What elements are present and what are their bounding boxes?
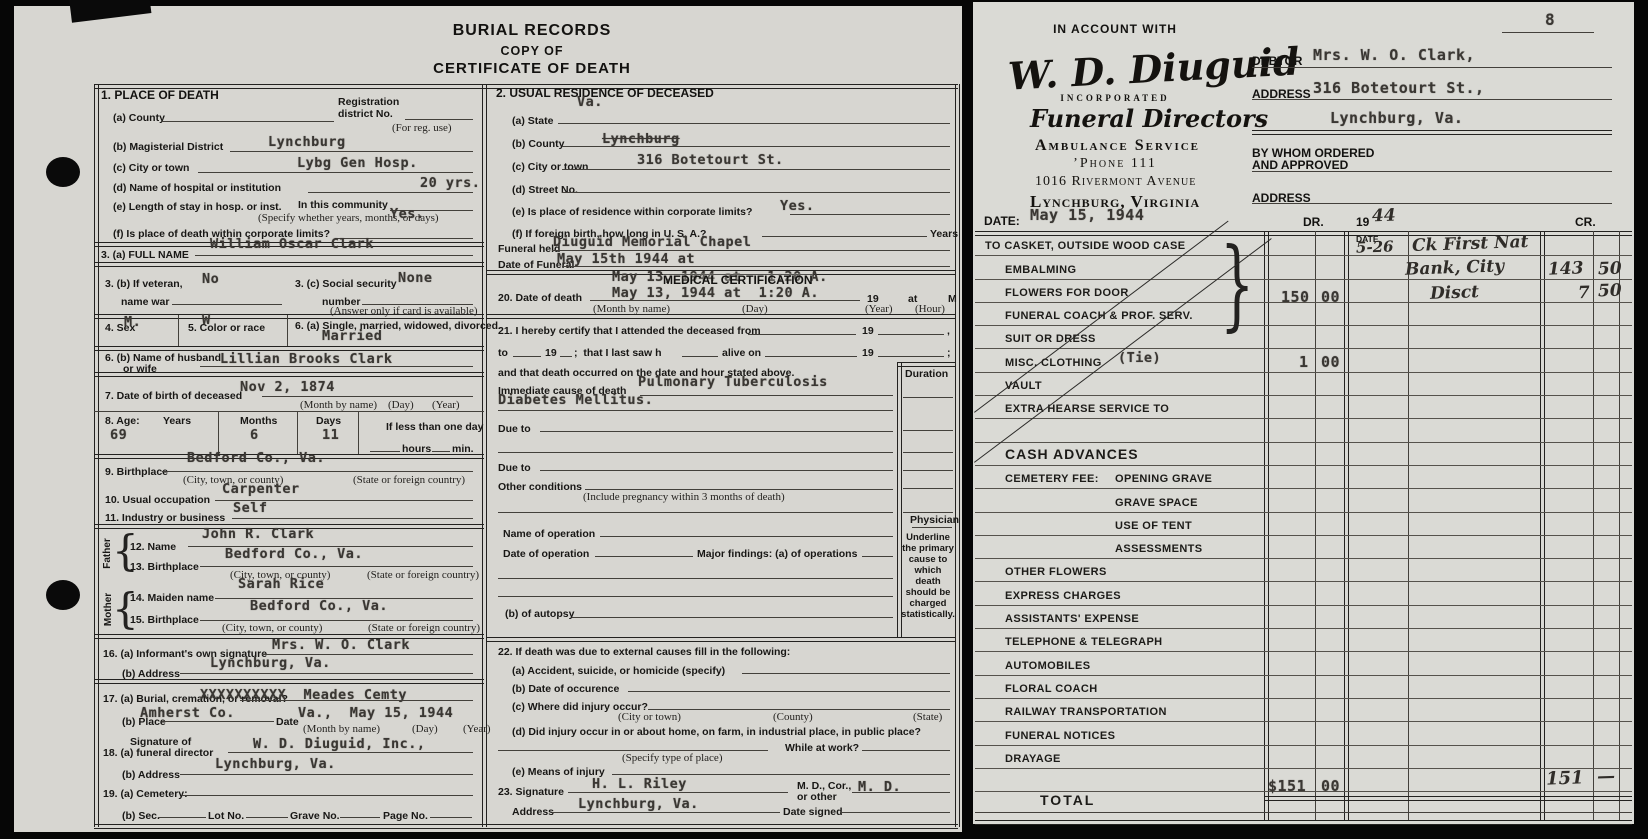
operation-date-label: Date of operation (503, 548, 589, 560)
s1c-label: (c) City or town (113, 162, 189, 174)
s1e-stay-value: 20 yrs. (420, 175, 480, 191)
rule (628, 691, 950, 692)
ledger-item-label: MISC. CLOTHING (1005, 357, 1102, 369)
birthplace-label: 9. Birthplace (105, 466, 168, 478)
due-to-label1: Due to (498, 423, 531, 435)
age-months-value: 6 (250, 427, 259, 443)
mother-birthplace-value: Bedford Co., Va. (250, 598, 388, 614)
rule (405, 119, 473, 120)
residence-city-value: 316 Botetourt St. (637, 152, 784, 168)
birth-date-cap2: (Day) (388, 399, 414, 411)
rule (912, 527, 952, 528)
veteran-war-label: name war (121, 296, 169, 308)
ledger-item-row: TO CASKET, OUTSIDE WOOD CASE (975, 233, 1632, 256)
ledger-item-row: FUNERAL NOTICES (975, 722, 1632, 745)
dr-flowers-cents: 00 (1321, 288, 1340, 306)
residence-corp-label: (e) Is place of residence within corpora… (512, 206, 752, 218)
rule (1502, 32, 1594, 33)
cr-amount2-cents: 50 (1598, 281, 1622, 302)
director-value: W. D. Diuguid, Inc., (253, 736, 426, 752)
burial-place-label: (b) Place (122, 716, 166, 728)
rule (648, 709, 950, 710)
father-birthplace-value: Bedford Co., Va. (225, 546, 363, 562)
ledger-item-row: TELEPHONE & TELEGRAPH (975, 629, 1632, 652)
doc-title-line2: COPY OF (332, 44, 732, 58)
rule (297, 412, 298, 454)
dr-flowers-dollars: 150 (1281, 288, 1310, 306)
rule (1252, 99, 1612, 100)
rule (1252, 67, 1612, 68)
rule (232, 518, 473, 519)
father-cap2: (State or foreign country) (367, 569, 479, 581)
s1e-label2: In this community (298, 199, 388, 211)
street-address-label: 1016 Rivermont Avenue (1035, 174, 1195, 190)
ledger-item-label: TELEPHONE & TELEGRAPH (1005, 636, 1163, 648)
rule (262, 396, 473, 397)
year-19-label: 19 (1356, 215, 1369, 229)
certify-saw-label: ; that I last saw h (574, 347, 662, 359)
race-value: W (202, 312, 211, 328)
burial-cap3: (Year) (463, 723, 491, 735)
ledger-item-row: ASSESSMENTS (975, 536, 1632, 559)
cemetery-grave-label: Grave No. (290, 810, 340, 822)
physician-note: Underline the primary cause to which dea… (901, 532, 955, 620)
cr-entry-date: 5-26 (1356, 237, 1394, 256)
signature-value: H. L. Riley (592, 776, 687, 792)
ledger-item-sublabel: USE OF TENT (1115, 520, 1192, 532)
ledger-item-label: AUTOMOBILES (1005, 660, 1090, 672)
burial-cap2: (Day) (412, 723, 438, 735)
s1e-community-value: Yes. (390, 206, 425, 222)
birth-date-cap3: (Year) (432, 399, 460, 411)
due-to-label2: Due to (498, 462, 531, 474)
ledger-item-row: USE OF TENT (975, 513, 1632, 536)
sex-value: M. (124, 314, 141, 330)
age-days-label: Days (316, 415, 341, 427)
grouping-brace: } (1220, 228, 1254, 342)
father-birthplace-label: 13. Birthplace (130, 561, 199, 573)
funeral-held-label: Funeral held (498, 243, 560, 255)
age-label: 8. Age: (105, 415, 140, 427)
rule (562, 192, 950, 193)
rule (572, 617, 893, 618)
rule (370, 451, 400, 452)
ledger-item-row: EXPRESS CHARGES (975, 582, 1632, 605)
certify-alive-19: 19 (862, 347, 874, 359)
operation-name-label: Name of operation (503, 528, 595, 540)
burial-cap1: (Month by name) (303, 723, 380, 735)
residence-city-label: (c) City or town (512, 161, 588, 173)
cemetery-lot-label: Lot No. (208, 810, 244, 822)
ledger-item-row: RAILWAY TRANSPORTATION (975, 699, 1632, 722)
occurrence-date-label: (b) Date of occurence (512, 683, 619, 695)
s2-heading: 2. USUAL RESIDENCE OF DECEASED (496, 86, 714, 100)
ledger-item-label: FLORAL COACH (1005, 683, 1098, 695)
dr-total-dollars: $151 (1268, 777, 1306, 795)
rule (308, 192, 473, 193)
certify-line1-comma: , (947, 325, 950, 337)
rule (218, 412, 219, 454)
ledger-item-row: GRAVE SPACE (975, 489, 1632, 512)
rule (562, 169, 950, 170)
scanned-burial-record: BURIAL RECORDS COPY OF CERTIFICATE OF DE… (0, 0, 1648, 839)
rule (198, 172, 473, 173)
s1b-value: Lynchburg (268, 134, 346, 150)
age-years-label: Years (163, 415, 191, 427)
cr-amount1-dollars: 143 (1548, 258, 1584, 279)
age-days-value: 11 (322, 427, 339, 443)
ledger-item-row: EXTRA HEARSE SERVICE TO (975, 396, 1632, 419)
ledger-item-row: DRAYAGE (975, 746, 1632, 769)
rule (903, 512, 953, 513)
cr-total-dash: — (1597, 766, 1616, 788)
marital-value: Married (322, 328, 382, 344)
father-name-value: John R. Clark (202, 526, 314, 542)
rule (94, 824, 958, 829)
punch-hole (46, 580, 80, 610)
debtor-address-value2: Lynchburg, Va. (1330, 109, 1463, 127)
immediate-cause-value2: Diabetes Mellitus. (498, 392, 653, 408)
ledger-item-label: EXPRESS CHARGES (1005, 590, 1121, 602)
mother-cap1: (City, town, or county) (222, 622, 322, 634)
ledger-date-label: DATE: (984, 214, 1020, 228)
certify-line1: 21. I hereby certify that I attended the… (498, 325, 761, 337)
industry-label: 11. Industry or business (105, 512, 225, 524)
funeral-held-value: Diuguid Memorial Chapel (553, 234, 751, 250)
rule (765, 356, 857, 357)
rule (560, 356, 572, 357)
ledger-item-row: VAULT (975, 373, 1632, 396)
ledger-item-row: AUTOMOBILES (975, 652, 1632, 675)
rule (162, 121, 334, 122)
injury-cap2: (County) (773, 711, 813, 723)
ledger-item-row: CASH ADVANCES (975, 443, 1632, 466)
ambulance-service-label: Ambulance Service (1035, 137, 1195, 155)
ledger-item-row: OTHER FLOWERS (975, 559, 1632, 582)
rule (790, 214, 950, 215)
immediate-cause-value: Pulmonary Tuberculosis (638, 374, 828, 390)
race-label: 5. Color or race (188, 322, 265, 334)
rule (498, 578, 893, 579)
rule (682, 356, 718, 357)
year-44-handwritten: 44 (1372, 206, 1396, 227)
misc-clothing-note: (Tie) (1118, 350, 1161, 366)
informant-value: Mrs. W. O. Clark (272, 637, 410, 653)
rule (195, 255, 473, 256)
page-number: 8 (1545, 10, 1555, 29)
rule (552, 812, 780, 813)
rule (585, 489, 893, 490)
director-label2: 18. (a) funeral director (103, 747, 213, 759)
s1b-label: (b) Magisterial District (113, 141, 223, 153)
age-lessday-label: If less than one day (386, 421, 483, 433)
rule (897, 362, 955, 367)
cemetery-sec-label: (b) Sec. (122, 810, 160, 822)
industry-value: Self (233, 500, 268, 516)
rule (182, 795, 473, 796)
age-years-value: 69 (110, 427, 127, 443)
rule (862, 556, 893, 557)
rule (975, 812, 1632, 813)
age-months-label: Months (240, 415, 277, 427)
signature-address-label: Address (512, 806, 554, 818)
cr-total-dollars: 151 (1546, 767, 1584, 789)
rule (568, 792, 788, 793)
ledger-item-label: SUIT OR DRESS (1005, 333, 1096, 345)
certify-line1-19: 19 (862, 325, 874, 337)
rule (94, 314, 484, 319)
accident-label: (a) Accident, suicide, or homicide (spec… (512, 665, 725, 677)
other-conditions-note: (Include pregnancy within 3 months of de… (583, 491, 785, 503)
duration-label: Duration (905, 368, 948, 380)
phone-label: ’Phone 111 (1035, 156, 1195, 172)
rule (612, 774, 950, 775)
rule (158, 817, 206, 818)
birthplace-cap2: (State or foreign country) (353, 474, 465, 486)
major-findings-label: Major findings: (a) of operations (697, 548, 857, 560)
ledger-item-label: EMBALMING (1005, 264, 1076, 276)
cemetery-label: 19. (a) Cemetery: (103, 788, 188, 800)
injury-cap3: (State) (913, 711, 942, 723)
death-date-value: May 13, 1944 at 1:20 A. (612, 285, 819, 301)
rule (180, 673, 473, 674)
father-name-label: 12. Name (130, 541, 176, 553)
informant-address-value: Lynchburg, Va. (210, 655, 331, 671)
ledger-item-label: OTHER FLOWERS (1005, 566, 1107, 578)
residence-state-label: (a) State (512, 115, 553, 127)
injury-cap1: (City or town) (618, 711, 681, 723)
rule (162, 721, 274, 722)
cr-entry-line2: Bank, City (1405, 256, 1505, 279)
residence-street-label: (d) Street No. (512, 184, 578, 196)
ledger-item-label: VAULT (1005, 380, 1042, 392)
rule (903, 397, 953, 398)
punch-hole (46, 157, 80, 187)
ledger-item-sublabel: OPENING GRAVE (1115, 473, 1212, 485)
funeral-directors-label: Funeral Directors (1030, 104, 1200, 133)
rule (903, 430, 953, 431)
rule (230, 151, 473, 152)
rule (748, 334, 856, 335)
rule (287, 315, 288, 346)
ssn-label: 3. (c) Social security (295, 278, 397, 290)
funeral-date-value: May 15th 1944 at (557, 251, 695, 267)
mother-birthplace-label: 15. Birthplace (130, 614, 199, 626)
rule (903, 452, 953, 453)
rule (903, 488, 953, 489)
cr-amount2-dollars: 7 (1578, 283, 1591, 303)
by-whom-ordered-label2: AND APPROVED (1252, 158, 1348, 172)
rule (162, 471, 473, 472)
cemetery-page-label: Page No. (383, 810, 428, 822)
rule (852, 792, 950, 793)
incorporated-label: INCORPORATED (1040, 93, 1190, 103)
ledger-item-row: EMBALMING (975, 256, 1632, 279)
rule (903, 470, 953, 471)
ledger-item-row: FUNERAL COACH & PROF. SERV. (975, 303, 1632, 326)
rule (358, 412, 359, 454)
ledger-item-sublabel: GRAVE SPACE (1115, 497, 1198, 509)
rule (486, 637, 955, 642)
rule (742, 673, 950, 674)
director-address-label: (b) Address (122, 769, 180, 781)
injury-home-label: (d) Did injury occur in or about home, o… (512, 726, 921, 738)
rule (1252, 203, 1612, 204)
rule (498, 596, 893, 597)
full-name-label: 3. (a) FULL NAME (101, 249, 189, 261)
mother-maiden-value: Sarah Rice (238, 576, 324, 592)
rule (1252, 130, 1612, 135)
death-date-m: M (948, 293, 957, 305)
ledger-item-row: CEMETERY FEE: OPENING GRAVE (975, 466, 1632, 489)
rule (600, 536, 893, 537)
rule (762, 236, 927, 237)
birth-date-label: 7. Date of birth of deceased (105, 390, 242, 402)
birth-date-cap1: (Month by name) (300, 399, 377, 411)
dr-misc-dollars: 1 (1299, 353, 1309, 371)
physician-label: Physician (910, 514, 959, 526)
external-causes-heading: 22. If death was due to external causes … (498, 646, 790, 658)
rule (562, 146, 950, 147)
debtor-label: DEBTOR (1252, 54, 1302, 68)
rule (172, 304, 282, 305)
rule (340, 817, 380, 818)
director-address-value: Lynchburg, Va. (215, 756, 336, 772)
ledger-item-label: EXTRA HEARSE SERVICE TO (1005, 403, 1169, 415)
ledger-item-label: FLOWERS FOR DOOR (1005, 287, 1129, 299)
birthplace-value: Bedford Co., Va. (187, 450, 325, 466)
ledger-item-label: CASH ADVANCES (1005, 446, 1139, 462)
rule (498, 452, 893, 453)
signature-label: 23. Signature (498, 786, 564, 798)
rule (498, 750, 768, 751)
rule (540, 470, 893, 471)
dr-total-cents: 00 (1321, 777, 1340, 795)
rule (558, 123, 950, 124)
ledger-date-value: May 15, 1944 (1030, 206, 1144, 224)
rule (498, 410, 893, 411)
veteran-label: 3. (b) If veteran, (105, 278, 183, 290)
rule (590, 300, 860, 301)
foreign-birth-years-label: Years (930, 228, 958, 240)
date-signed-label: Date signed (783, 806, 843, 818)
rule (180, 774, 473, 775)
rule (240, 700, 473, 701)
s1e-label: (e) Length of stay in hosp. or inst. (113, 201, 282, 213)
burial-date-value: Va., May 15, 1944 (298, 705, 453, 721)
rule (540, 431, 893, 432)
veteran-value: No (202, 271, 219, 287)
ledger-item-sublabel: ASSESSMENTS (1115, 543, 1203, 555)
ledger-item-row (975, 419, 1632, 442)
s1c-value: Lybg Gen Hosp. (297, 155, 418, 171)
residence-corp-value: Yes. (780, 198, 815, 214)
spouse-value: Lillian Brooks Clark (220, 351, 393, 367)
rule (562, 266, 950, 267)
certify-to-label: to (498, 347, 508, 359)
rule (200, 366, 473, 367)
rule (94, 372, 484, 377)
signature-address-value: Lynchburg, Va. (578, 796, 699, 812)
rule (1264, 796, 1632, 801)
birth-date-value: Nov 2, 1874 (240, 379, 335, 395)
rule (94, 679, 484, 684)
cr-column-label: CR. (1575, 215, 1596, 229)
certify-alive-label: alive on (722, 347, 761, 359)
means-of-injury-label: (e) Means of injury (512, 766, 605, 778)
dr-misc-cents: 00 (1321, 353, 1340, 371)
debtor-value: Mrs. W. O. Clark, (1313, 46, 1475, 64)
debtor-address-value: 316 Botetourt St., (1313, 79, 1485, 97)
ledger-item-row: ASSISTANTS' EXPENSE (975, 606, 1632, 629)
rule (200, 620, 473, 621)
certify-to-19: 19 (545, 347, 557, 359)
burial-date-label: Date (276, 716, 299, 728)
dr-column-label: DR. (1303, 215, 1324, 229)
certify-semi: ; (947, 347, 951, 359)
ledger-item-label: RAILWAY TRANSPORTATION (1005, 706, 1167, 718)
rule (513, 356, 541, 357)
s1a-label: (a) County (113, 112, 165, 124)
rule (486, 314, 955, 319)
s1-reg-label1: Registration (338, 96, 399, 108)
rule (432, 451, 450, 452)
ssn-value: None (398, 270, 433, 286)
rule (228, 752, 473, 753)
rule (246, 817, 288, 818)
rule (94, 262, 484, 267)
residence-county-value: Lynchburg (602, 131, 680, 147)
autopsy-label: (b) of autopsy (505, 608, 574, 620)
rule (498, 512, 893, 513)
rule (430, 817, 472, 818)
residence-county-label: (b) County (512, 138, 565, 150)
doc-title-line1: BURIAL RECORDS (332, 22, 732, 40)
in-account-with-label: IN ACCOUNT WITH (1040, 22, 1190, 36)
s1-reg-label2: district No. (338, 108, 393, 120)
ledger-item-label: TOTAL (1040, 792, 1095, 808)
while-at-work-label: While at work? (785, 742, 859, 754)
rule (640, 395, 893, 396)
occupation-value: Carpenter (222, 481, 300, 497)
rule (878, 356, 944, 357)
rule (975, 820, 1632, 825)
ledger-item-label: DRAYAGE (1005, 753, 1061, 765)
occupation-label: 10. Usual occupation (105, 494, 210, 506)
ledger-item-label: CEMETERY FEE: (1005, 473, 1099, 485)
rule (200, 566, 473, 567)
cr-entry-line3: Disct (1430, 282, 1480, 304)
md-cor-label2: or other (797, 791, 837, 803)
rule (840, 812, 950, 813)
s1-heading: 1. PLACE OF DEATH (101, 88, 219, 102)
full-name-value: William Oscar Clark (210, 236, 374, 252)
death-date-label: 20. Date of death (498, 292, 582, 304)
place-type-note: (Specify type of place) (622, 752, 722, 764)
rule (1252, 171, 1612, 172)
ledger-item-row: FLORAL COACH (975, 676, 1632, 699)
s1d-label: (d) Name of hospital or institution (113, 182, 281, 194)
other-conditions-label: Other conditions (498, 481, 582, 493)
rule (94, 411, 484, 412)
rule (878, 334, 944, 335)
ledger-item-list: TO CASKET, OUTSIDE WOOD CASE EMBALMING F… (975, 233, 1632, 814)
ledger-item-label: FUNERAL NOTICES (1005, 730, 1115, 742)
s1-reg-note: (For reg. use) (392, 122, 452, 134)
residence-state-value: Va. (577, 94, 603, 110)
rule (862, 750, 950, 751)
ledger-item-label: TO CASKET, OUTSIDE WOOD CASE (985, 240, 1185, 252)
